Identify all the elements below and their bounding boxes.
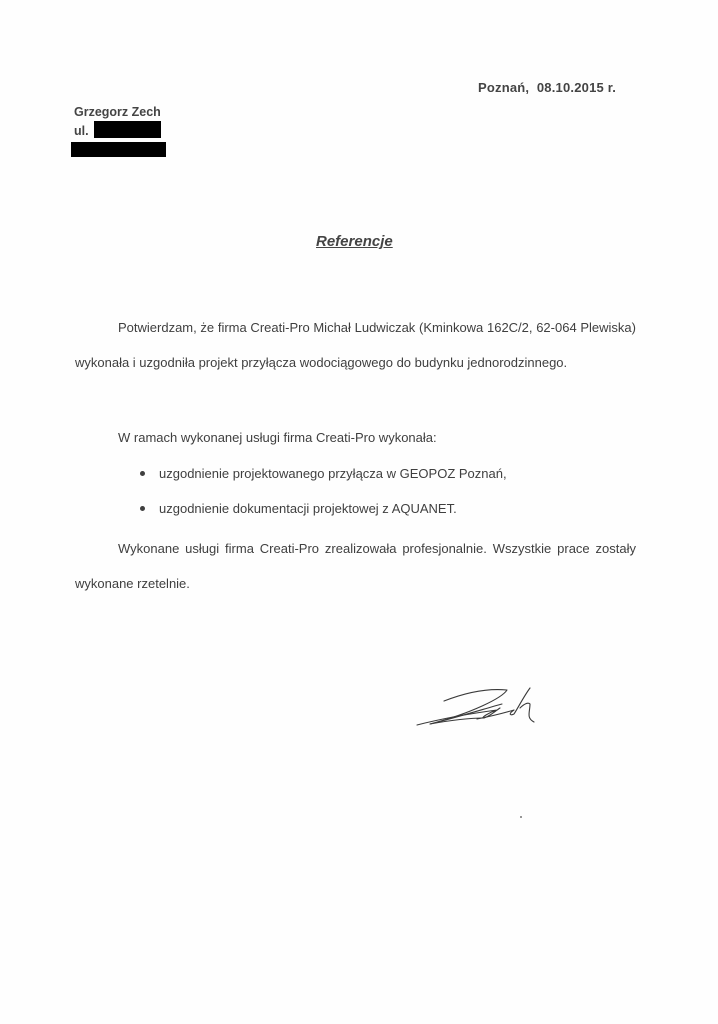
signature-icon bbox=[412, 678, 552, 738]
list-item-text: uzgodnienie dokumentacji projektowej z A… bbox=[159, 501, 457, 516]
scope-list: uzgodnienie projektowanego przyłącza w G… bbox=[140, 456, 507, 526]
list-item-text: uzgodnienie projektowanego przyłącza w G… bbox=[159, 466, 507, 481]
list-item: uzgodnienie projektowanego przyłącza w G… bbox=[140, 456, 507, 491]
list-item: uzgodnienie dokumentacji projektowej z A… bbox=[140, 491, 507, 526]
place-date: Poznań, 08.10.2015 r. bbox=[478, 80, 616, 95]
document-title: Referencje bbox=[316, 233, 393, 250]
scan-speck bbox=[520, 816, 522, 818]
bullet-icon bbox=[140, 471, 145, 476]
bullet-icon bbox=[140, 506, 145, 511]
redacted-city bbox=[71, 142, 166, 157]
paragraph-assessment: Wykonane usługi firma Creati-Pro zrealiz… bbox=[75, 531, 636, 601]
letter-page: Poznań, 08.10.2015 r. Grzegorz Zech ul. … bbox=[0, 0, 718, 1024]
redacted-street bbox=[94, 121, 161, 138]
sender-name: Grzegorz Zech bbox=[74, 105, 161, 119]
paragraph-confirmation: Potwierdzam, że firma Creati-Pro Michał … bbox=[75, 310, 636, 380]
sender-street-prefix: ul. bbox=[74, 124, 89, 138]
paragraph-scope-intro: W ramach wykonanej usługi firma Creati-P… bbox=[118, 420, 437, 455]
